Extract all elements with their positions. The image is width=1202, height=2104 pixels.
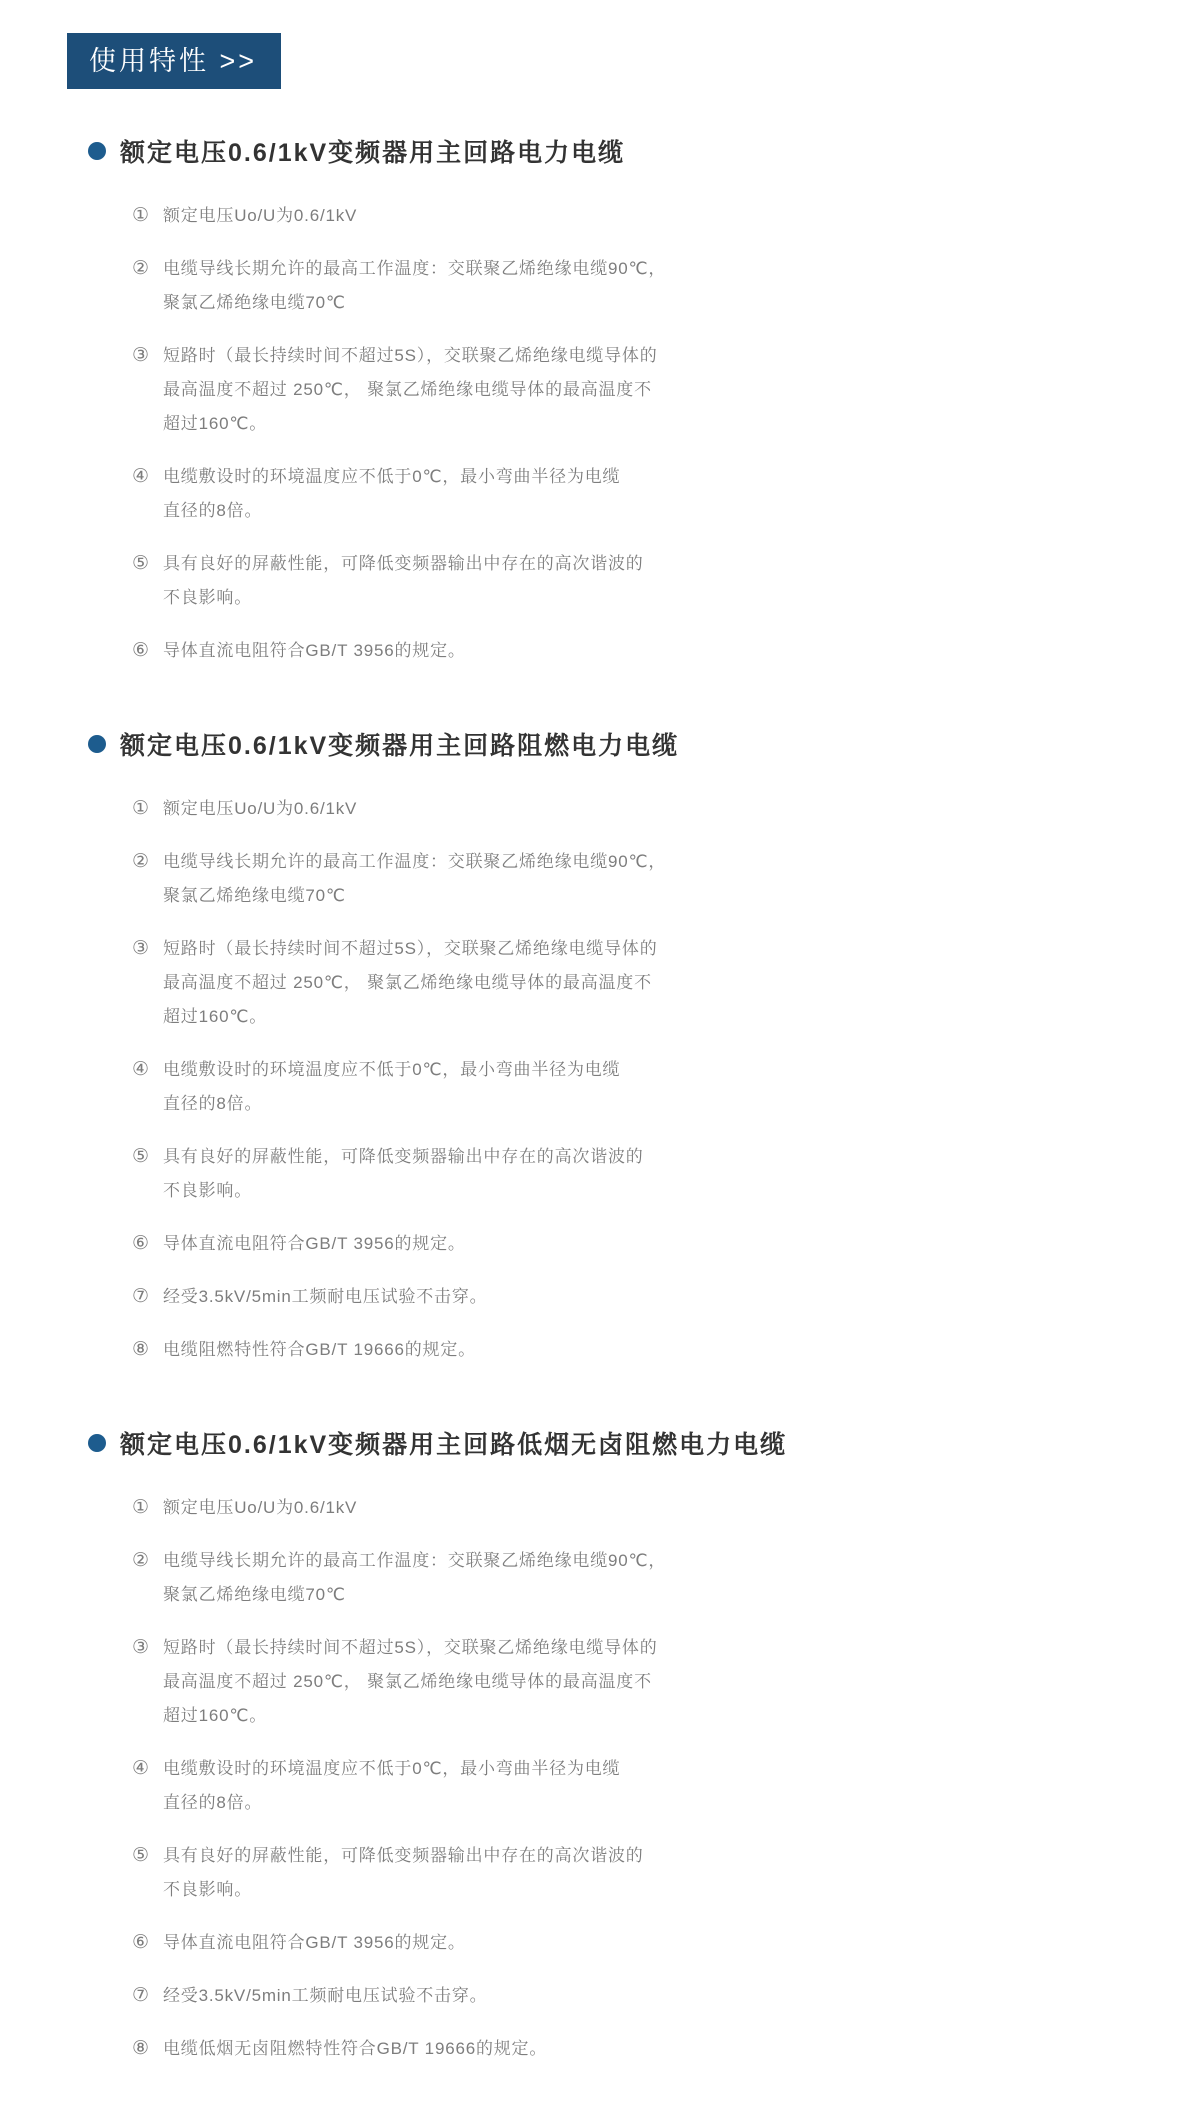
list-item: ⑤ 具有良好的屏蔽性能，可降低变频器输出中存在的高次谐波的不良影响。 bbox=[132, 547, 1202, 615]
bullet-icon bbox=[88, 1434, 106, 1452]
list-item: ① 额定电压Uo/U为0.6/1kV bbox=[132, 199, 1202, 233]
item-text: 经受3.5kV/5min工频耐电压试验不击穿。 bbox=[163, 1280, 1202, 1314]
item-text-line: 最高温度不超过 250℃， 聚氯乙烯绝缘电缆导体的最高温度不 bbox=[163, 373, 1202, 407]
item-text-line: 最高温度不超过 250℃， 聚氯乙烯绝缘电缆导体的最高温度不 bbox=[163, 966, 1202, 1000]
item-number: ⑧ bbox=[132, 2032, 163, 2066]
item-number: ④ bbox=[132, 1053, 163, 1087]
list-item: ⑧ 电缆阻燃特性符合GB/T 19666的规定。 bbox=[132, 1333, 1202, 1367]
item-text-line: 电缆导线长期允许的最高工作温度：交联聚乙烯绝缘电缆90℃， bbox=[163, 845, 1202, 879]
item-text: 电缆导线长期允许的最高工作温度：交联聚乙烯绝缘电缆90℃，聚氯乙烯绝缘电缆70℃ bbox=[163, 845, 1202, 913]
item-text-line: 电缆导线长期允许的最高工作温度：交联聚乙烯绝缘电缆90℃， bbox=[163, 1544, 1202, 1578]
list-item: ① 额定电压Uo/U为0.6/1kV bbox=[132, 792, 1202, 826]
item-text: 电缆低烟无卤阻燃特性符合GB/T 19666的规定。 bbox=[163, 2032, 1202, 2066]
item-text-line: 不良影响。 bbox=[163, 1174, 1202, 1208]
item-text-line: 直径的8倍。 bbox=[163, 1087, 1202, 1121]
section-title: 额定电压0.6/1kV变频器用主回路阻燃电力电缆 bbox=[120, 726, 679, 762]
item-text-line: 不良影响。 bbox=[163, 1873, 1202, 1907]
item-text: 具有良好的屏蔽性能，可降低变频器输出中存在的高次谐波的不良影响。 bbox=[163, 547, 1202, 615]
item-number: ⑤ bbox=[132, 547, 163, 581]
item-text-line: 超过160℃。 bbox=[163, 1000, 1202, 1034]
item-text-line: 导体直流电阻符合GB/T 3956的规定。 bbox=[163, 1926, 1202, 1960]
list-item: ⑤ 具有良好的屏蔽性能，可降低变频器输出中存在的高次谐波的不良影响。 bbox=[132, 1839, 1202, 1907]
item-text-line: 额定电压Uo/U为0.6/1kV bbox=[163, 199, 1202, 233]
item-text: 导体直流电阻符合GB/T 3956的规定。 bbox=[163, 634, 1202, 668]
list-item: ② 电缆导线长期允许的最高工作温度：交联聚乙烯绝缘电缆90℃，聚氯乙烯绝缘电缆7… bbox=[132, 252, 1202, 320]
item-number: ② bbox=[132, 1544, 163, 1578]
item-text-line: 额定电压Uo/U为0.6/1kV bbox=[163, 792, 1202, 826]
section-title: 额定电压0.6/1kV变频器用主回路低烟无卤阻燃电力电缆 bbox=[120, 1425, 787, 1461]
item-text: 短路时（最长持续时间不超过5S），交联聚乙烯绝缘电缆导体的最高温度不超过 250… bbox=[163, 339, 1202, 441]
item-text-line: 导体直流电阻符合GB/T 3956的规定。 bbox=[163, 634, 1202, 668]
item-text: 具有良好的屏蔽性能，可降低变频器输出中存在的高次谐波的不良影响。 bbox=[163, 1839, 1202, 1907]
item-text-line: 直径的8倍。 bbox=[163, 1786, 1202, 1820]
item-number: ④ bbox=[132, 460, 163, 494]
item-text: 导体直流电阻符合GB/T 3956的规定。 bbox=[163, 1926, 1202, 1960]
item-text: 额定电压Uo/U为0.6/1kV bbox=[163, 1491, 1202, 1525]
item-list: ① 额定电压Uo/U为0.6/1kV ② 电缆导线长期允许的最高工作温度：交联聚… bbox=[88, 1491, 1202, 2066]
item-text-line: 电缆阻燃特性符合GB/T 19666的规定。 bbox=[163, 1333, 1202, 1367]
usage-characteristics-tag: 使用特性 >> bbox=[67, 33, 281, 89]
item-text: 短路时（最长持续时间不超过5S），交联聚乙烯绝缘电缆导体的最高温度不超过 250… bbox=[163, 932, 1202, 1034]
item-text-line: 不良影响。 bbox=[163, 581, 1202, 615]
item-text-line: 电缆敷设时的环境温度应不低于0℃，最小弯曲半径为电缆 bbox=[163, 460, 1202, 494]
item-text-line: 具有良好的屏蔽性能，可降低变频器输出中存在的高次谐波的 bbox=[163, 1839, 1202, 1873]
item-text: 电缆敷设时的环境温度应不低于0℃，最小弯曲半径为电缆直径的8倍。 bbox=[163, 460, 1202, 528]
item-number: ⑥ bbox=[132, 634, 163, 668]
item-list: ① 额定电压Uo/U为0.6/1kV ② 电缆导线长期允许的最高工作温度：交联聚… bbox=[88, 199, 1202, 668]
list-item: ④ 电缆敷设时的环境温度应不低于0℃，最小弯曲半径为电缆直径的8倍。 bbox=[132, 1053, 1202, 1121]
item-number: ⑧ bbox=[132, 1333, 163, 1367]
list-item: ⑧ 电缆低烟无卤阻燃特性符合GB/T 19666的规定。 bbox=[132, 2032, 1202, 2066]
item-text: 电缆导线长期允许的最高工作温度：交联聚乙烯绝缘电缆90℃，聚氯乙烯绝缘电缆70℃ bbox=[163, 252, 1202, 320]
item-text: 电缆敷设时的环境温度应不低于0℃，最小弯曲半径为电缆直径的8倍。 bbox=[163, 1752, 1202, 1820]
list-item: ④ 电缆敷设时的环境温度应不低于0℃，最小弯曲半径为电缆直径的8倍。 bbox=[132, 460, 1202, 528]
item-number: ② bbox=[132, 252, 163, 286]
item-text: 具有良好的屏蔽性能，可降低变频器输出中存在的高次谐波的不良影响。 bbox=[163, 1140, 1202, 1208]
item-number: ④ bbox=[132, 1752, 163, 1786]
item-number: ③ bbox=[132, 932, 163, 966]
item-text-line: 最高温度不超过 250℃， 聚氯乙烯绝缘电缆导体的最高温度不 bbox=[163, 1665, 1202, 1699]
item-text: 短路时（最长持续时间不超过5S），交联聚乙烯绝缘电缆导体的最高温度不超过 250… bbox=[163, 1631, 1202, 1733]
item-text-line: 电缆导线长期允许的最高工作温度：交联聚乙烯绝缘电缆90℃， bbox=[163, 252, 1202, 286]
item-text-line: 短路时（最长持续时间不超过5S），交联聚乙烯绝缘电缆导体的 bbox=[163, 1631, 1202, 1665]
list-item: ③ 短路时（最长持续时间不超过5S），交联聚乙烯绝缘电缆导体的最高温度不超过 2… bbox=[132, 932, 1202, 1034]
item-number: ① bbox=[132, 1491, 163, 1525]
list-item: ① 额定电压Uo/U为0.6/1kV bbox=[132, 1491, 1202, 1525]
item-text: 经受3.5kV/5min工频耐电压试验不击穿。 bbox=[163, 1979, 1202, 2013]
item-number: ⑥ bbox=[132, 1926, 163, 1960]
list-item: ③ 短路时（最长持续时间不超过5S），交联聚乙烯绝缘电缆导体的最高温度不超过 2… bbox=[132, 1631, 1202, 1733]
item-text: 额定电压Uo/U为0.6/1kV bbox=[163, 199, 1202, 233]
item-text-line: 额定电压Uo/U为0.6/1kV bbox=[163, 1491, 1202, 1525]
item-text-line: 短路时（最长持续时间不超过5S），交联聚乙烯绝缘电缆导体的 bbox=[163, 932, 1202, 966]
item-text-line: 聚氯乙烯绝缘电缆70℃ bbox=[163, 879, 1202, 913]
item-number: ⑦ bbox=[132, 1280, 163, 1314]
list-item: ② 电缆导线长期允许的最高工作温度：交联聚乙烯绝缘电缆90℃，聚氯乙烯绝缘电缆7… bbox=[132, 845, 1202, 913]
list-item: ⑥ 导体直流电阻符合GB/T 3956的规定。 bbox=[132, 1227, 1202, 1261]
item-text-line: 超过160℃。 bbox=[163, 1699, 1202, 1733]
page-content: 额定电压0.6/1kV变频器用主回路电力电缆 ① 额定电压Uo/U为0.6/1k… bbox=[0, 89, 1202, 2066]
item-text: 电缆敷设时的环境温度应不低于0℃，最小弯曲半径为电缆直径的8倍。 bbox=[163, 1053, 1202, 1121]
list-item: ④ 电缆敷设时的环境温度应不低于0℃，最小弯曲半径为电缆直径的8倍。 bbox=[132, 1752, 1202, 1820]
item-number: ⑤ bbox=[132, 1839, 163, 1873]
item-text-line: 具有良好的屏蔽性能，可降低变频器输出中存在的高次谐波的 bbox=[163, 1140, 1202, 1174]
list-item: ⑥ 导体直流电阻符合GB/T 3956的规定。 bbox=[132, 634, 1202, 668]
list-item: ③ 短路时（最长持续时间不超过5S），交联聚乙烯绝缘电缆导体的最高温度不超过 2… bbox=[132, 339, 1202, 441]
item-text: 额定电压Uo/U为0.6/1kV bbox=[163, 792, 1202, 826]
item-text: 导体直流电阻符合GB/T 3956的规定。 bbox=[163, 1227, 1202, 1261]
list-item: ② 电缆导线长期允许的最高工作温度：交联聚乙烯绝缘电缆90℃，聚氯乙烯绝缘电缆7… bbox=[132, 1544, 1202, 1612]
item-number: ⑤ bbox=[132, 1140, 163, 1174]
item-list: ① 额定电压Uo/U为0.6/1kV ② 电缆导线长期允许的最高工作温度：交联聚… bbox=[88, 792, 1202, 1367]
usage-characteristics-tag-label: 使用特性 >> bbox=[89, 46, 257, 76]
item-text: 电缆导线长期允许的最高工作温度：交联聚乙烯绝缘电缆90℃，聚氯乙烯绝缘电缆70℃ bbox=[163, 1544, 1202, 1612]
item-text-line: 聚氯乙烯绝缘电缆70℃ bbox=[163, 286, 1202, 320]
item-text-line: 经受3.5kV/5min工频耐电压试验不击穿。 bbox=[163, 1979, 1202, 2013]
item-text-line: 导体直流电阻符合GB/T 3956的规定。 bbox=[163, 1227, 1202, 1261]
item-number: ⑥ bbox=[132, 1227, 163, 1261]
section-heading: 额定电压0.6/1kV变频器用主回路阻燃电力电缆 bbox=[88, 726, 1202, 762]
item-text: 电缆阻燃特性符合GB/T 19666的规定。 bbox=[163, 1333, 1202, 1367]
item-number: ③ bbox=[132, 339, 163, 373]
item-number: ① bbox=[132, 199, 163, 233]
section-heading: 额定电压0.6/1kV变频器用主回路电力电缆 bbox=[88, 133, 1202, 169]
section-flame-retardant-cable: 额定电压0.6/1kV变频器用主回路阻燃电力电缆 ① 额定电压Uo/U为0.6/… bbox=[88, 726, 1202, 1367]
item-number: ① bbox=[132, 792, 163, 826]
section-title: 额定电压0.6/1kV变频器用主回路电力电缆 bbox=[120, 133, 625, 169]
item-text-line: 直径的8倍。 bbox=[163, 494, 1202, 528]
item-text-line: 电缆低烟无卤阻燃特性符合GB/T 19666的规定。 bbox=[163, 2032, 1202, 2066]
section-power-cable: 额定电压0.6/1kV变频器用主回路电力电缆 ① 额定电压Uo/U为0.6/1k… bbox=[88, 133, 1202, 668]
bullet-icon bbox=[88, 735, 106, 753]
item-text-line: 经受3.5kV/5min工频耐电压试验不击穿。 bbox=[163, 1280, 1202, 1314]
item-number: ③ bbox=[132, 1631, 163, 1665]
item-text-line: 电缆敷设时的环境温度应不低于0℃，最小弯曲半径为电缆 bbox=[163, 1053, 1202, 1087]
list-item: ⑤ 具有良好的屏蔽性能，可降低变频器输出中存在的高次谐波的不良影响。 bbox=[132, 1140, 1202, 1208]
section-lszh-flame-retardant-cable: 额定电压0.6/1kV变频器用主回路低烟无卤阻燃电力电缆 ① 额定电压Uo/U为… bbox=[88, 1425, 1202, 2066]
item-number: ② bbox=[132, 845, 163, 879]
item-text-line: 具有良好的屏蔽性能，可降低变频器输出中存在的高次谐波的 bbox=[163, 547, 1202, 581]
section-heading: 额定电压0.6/1kV变频器用主回路低烟无卤阻燃电力电缆 bbox=[88, 1425, 1202, 1461]
item-text-line: 短路时（最长持续时间不超过5S），交联聚乙烯绝缘电缆导体的 bbox=[163, 339, 1202, 373]
item-text-line: 聚氯乙烯绝缘电缆70℃ bbox=[163, 1578, 1202, 1612]
bullet-icon bbox=[88, 142, 106, 160]
item-text-line: 电缆敷设时的环境温度应不低于0℃，最小弯曲半径为电缆 bbox=[163, 1752, 1202, 1786]
item-number: ⑦ bbox=[132, 1979, 163, 2013]
list-item: ⑥ 导体直流电阻符合GB/T 3956的规定。 bbox=[132, 1926, 1202, 1960]
list-item: ⑦ 经受3.5kV/5min工频耐电压试验不击穿。 bbox=[132, 1979, 1202, 2013]
list-item: ⑦ 经受3.5kV/5min工频耐电压试验不击穿。 bbox=[132, 1280, 1202, 1314]
item-text-line: 超过160℃。 bbox=[163, 407, 1202, 441]
